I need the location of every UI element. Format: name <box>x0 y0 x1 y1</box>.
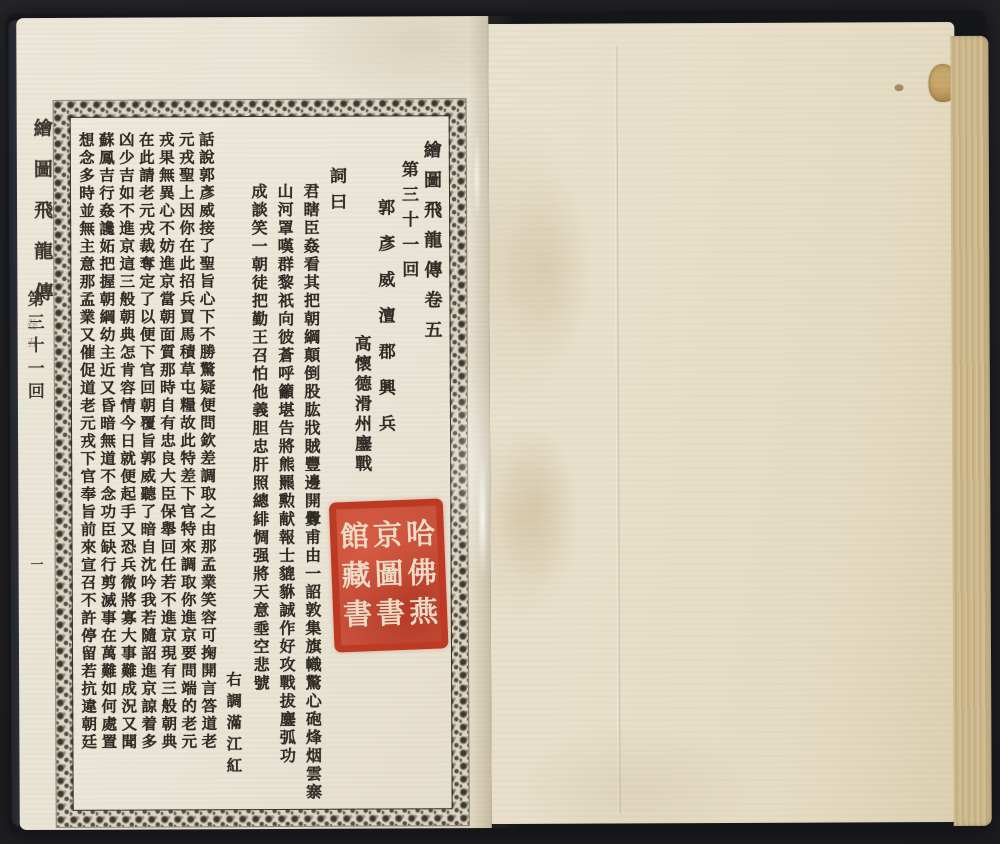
chapter-title-column-2: 高懷德滑州鏖戰 <box>348 123 375 803</box>
body-text-column-4: 在此請老元戎裁奪定了以便下官回朝覆旨郭威聽了暗自沈吟我若隨詔進京諒着多 <box>136 123 159 803</box>
spine-chapter-label: 第三十一回 <box>21 290 47 405</box>
seal-column-3: 館藏書 <box>335 510 373 643</box>
photograph-background: 繪圖飛龍傳 卷五 第三十一回 一 繪圖飛龍傳卷五 第三十一回 郭彥威澶郡興兵 高… <box>0 0 1000 844</box>
ci-poem-column-3: 成談笑一朝徒把勤王召怕他義胆忠肝照總緋惆强將天意埀空悲號 <box>245 123 274 803</box>
book-title-column: 繪圖飛龍傳卷五 <box>419 122 447 802</box>
library-collection-seal: 哈佛燕 京圖書 館藏書 <box>329 498 449 652</box>
open-book: 繪圖飛龍傳 卷五 第三十一回 一 繪圖飛龍傳卷五 第三十一回 郭彥威澶郡興兵 高… <box>6 10 990 834</box>
vertical-crease <box>614 45 620 813</box>
seal-column-1: 哈佛燕 <box>401 508 439 641</box>
paper-stain <box>501 174 592 364</box>
seal-text: 哈佛燕 京圖書 館藏書 <box>338 508 439 644</box>
body-text-column-3: 戎果無異心不妨進京當朝面質那時自有忠良大臣保舉回任若不進京現有三般朝典 <box>156 123 179 803</box>
right-page-blank <box>488 22 957 824</box>
left-page: 繪圖飛龍傳 卷五 第三十一回 一 繪圖飛龍傳卷五 第三十一回 郭彥威澶郡興兵 高… <box>16 16 492 830</box>
text-block: 繪圖飛龍傳卷五 第三十一回 郭彥威澶郡興兵 高懷德滑州鏖戰 詞曰 君瞎臣姦看其把… <box>73 118 450 808</box>
body-text-column-2: 元戎聖上因你在此招兵買馬積草屯糧故此特差下官特來調取你進京要問端的老元 <box>176 123 199 803</box>
paper-stain <box>496 424 577 594</box>
seal-column-2: 京圖書 <box>368 509 406 642</box>
ci-poem-column-2: 山河罩嘆群黎祇向彼蒼呼籲堪告將熊羆勲献報士貔貅誠作好攻戰拔鏖弧功 <box>271 123 300 803</box>
small-spot-stain <box>895 84 904 91</box>
chapter-number-column: 第三十一回 <box>396 122 422 802</box>
body-text-column-5: 凶少吉如不進京這三般朝典怎肯容情今日就便起手又恐兵微將寡大事難成況又聞 <box>116 124 139 804</box>
ci-marker-column: 詞曰 <box>323 123 351 803</box>
body-text-column-1: 話說郭彥威接了聖旨心下不勝驚疑便問欽差調取之由那孟業笑容可掬開言答道老 <box>196 123 219 803</box>
chapter-title-column-1: 郭彥威澶郡興兵 <box>372 122 399 802</box>
spine-page-number: 一 <box>31 554 44 573</box>
page-edges-stack <box>950 36 991 826</box>
ci-poem-column-1: 君瞎臣姦看其把朝綱顛倒股肱戕賊豐邊開釁甫由一詔敦集旗幟驚心砲烽烟雲寨 <box>297 123 326 803</box>
body-text-column-6: 蘇鳳吉行姦讒妬把握朝綱幼主近又昏暗無道不念功臣缺行剪滅事在萬難如何處置 <box>96 124 119 804</box>
body-text-column-7: 想念多時並無主意那孟業又催促道老元戎下官奉旨前來宣召不許停留若抗違朝廷 <box>76 124 99 804</box>
tune-name-column: 右調滿江紅 <box>216 123 248 803</box>
